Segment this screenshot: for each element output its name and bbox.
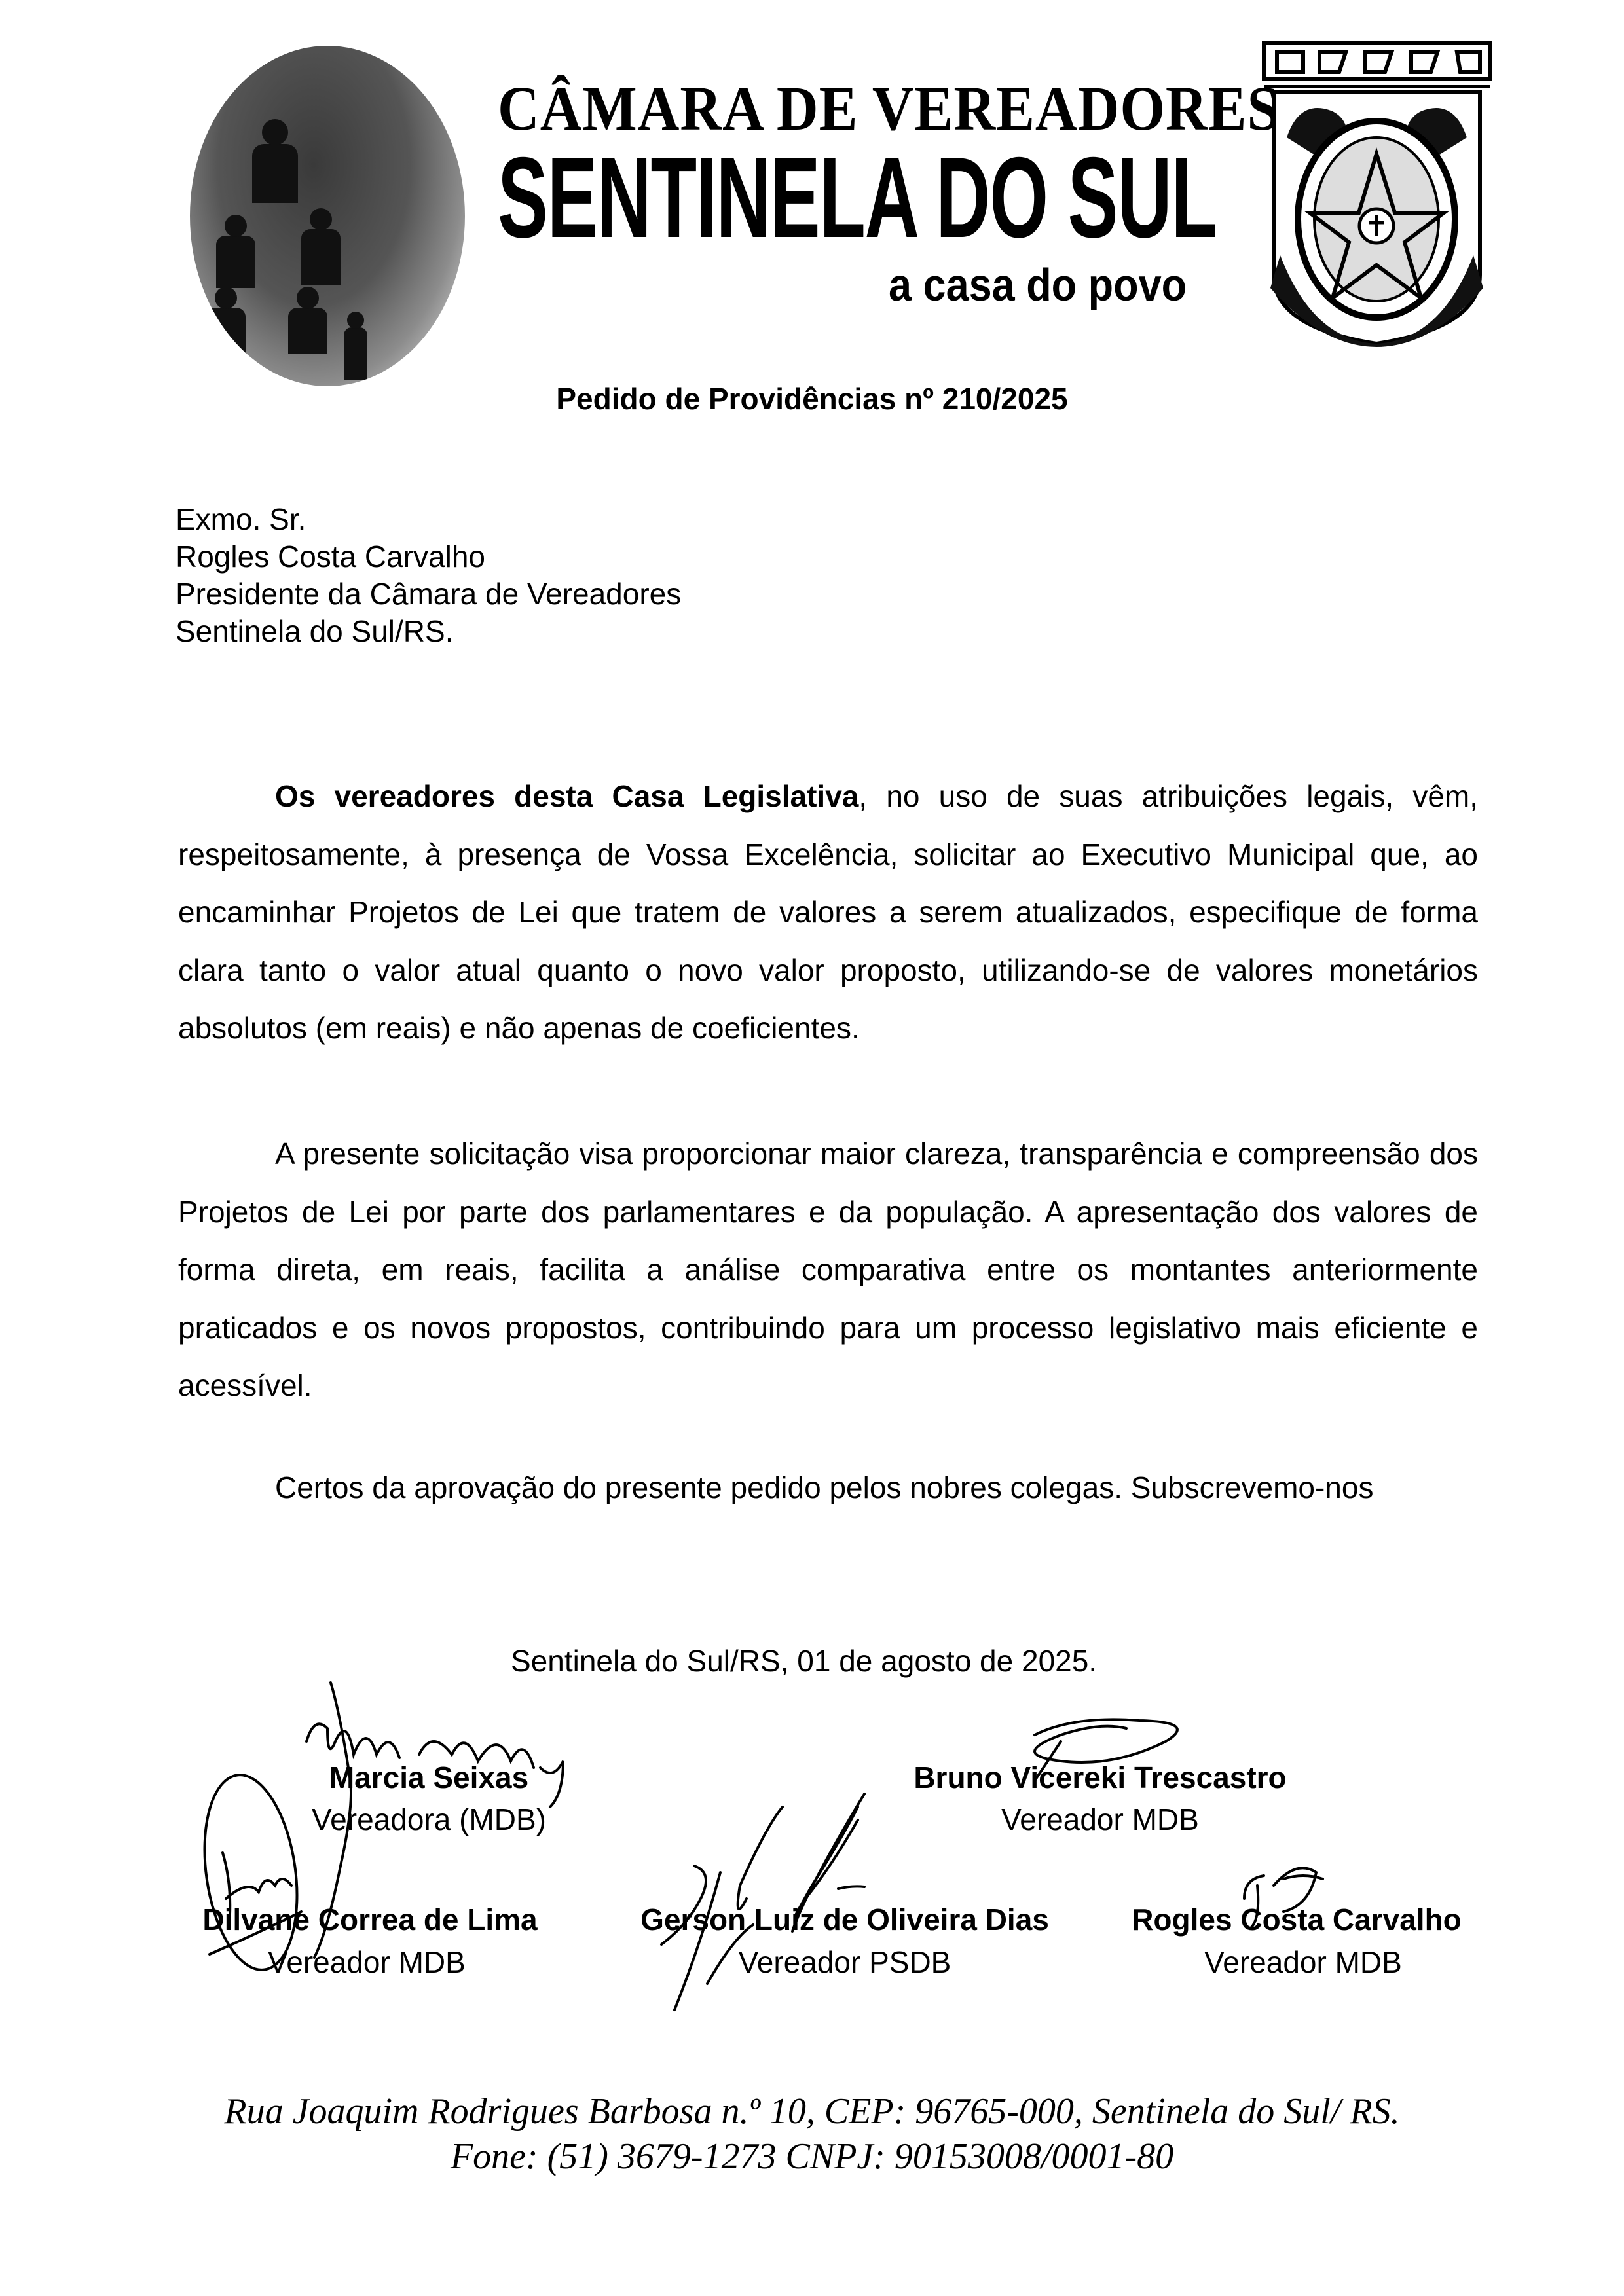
- paragraph-text: , no uso de suas atribuições legais, vêm…: [178, 779, 1478, 1045]
- signatory-role: Vereador MDB: [1166, 1944, 1441, 1980]
- footer-address: Rua Joaquim Rodrigues Barbosa n.º 10, CE…: [0, 2090, 1624, 2132]
- signatory-role: Vereadora (MDB): [285, 1802, 573, 1837]
- recipient-block: Exmo. Sr. Rogles Costa Carvalho Presiden…: [175, 501, 681, 650]
- signatory-name: Dilvane Correa de Lima: [164, 1902, 576, 1937]
- signatory-name: Bruno Vicereki Trescastro: [871, 1760, 1329, 1795]
- paragraph-text: Certos da aprovação do presente pedido p…: [275, 1470, 1373, 1504]
- paragraph-bold-lead: Os vereadores desta Casa Legislativa: [275, 779, 858, 813]
- body-paragraph-1: Os vereadores desta Casa Legislativa, no…: [178, 767, 1478, 1057]
- signatory-name: Rogles Costa Carvalho: [1107, 1902, 1486, 1937]
- body-paragraph-2: A presente solicitação visa proporcionar…: [178, 1125, 1478, 1415]
- recipient-name: Rogles Costa Carvalho: [175, 538, 681, 575]
- header-slogan: a casa do povo: [889, 259, 1187, 311]
- body-paragraph-3: Certos da aprovação do presente pedido p…: [178, 1459, 1478, 1517]
- signatory-role: Vereador MDB: [229, 1944, 504, 1980]
- footer-contact: Fone: (51) 3679-1273 CNPJ: 90153008/0001…: [0, 2136, 1624, 2178]
- council-people-logo-icon: [190, 46, 465, 386]
- signatory-role: Vereador MDB: [963, 1802, 1238, 1837]
- recipient-position: Presidente da Câmara de Vereadores: [175, 575, 681, 613]
- recipient-location: Sentinela do Sul/RS.: [175, 613, 681, 650]
- signatory-name: Marcia Seixas: [298, 1760, 560, 1795]
- municipal-coat-of-arms-icon: [1261, 39, 1493, 347]
- header-title-line2: SENTINELA DO SUL: [498, 141, 1217, 255]
- document-title: Pedido de Providências nº 210/2025: [0, 381, 1624, 416]
- signatory-name: Gerson Luiz de Oliveira Dias: [616, 1902, 1074, 1937]
- dateline: Sentinela do Sul/RS, 01 de agosto de 202…: [511, 1643, 1097, 1679]
- paragraph-text: A presente solicitação visa proporcionar…: [178, 1137, 1478, 1402]
- signatory-role: Vereador PSDB: [701, 1944, 989, 1980]
- recipient-salutation: Exmo. Sr.: [175, 501, 681, 538]
